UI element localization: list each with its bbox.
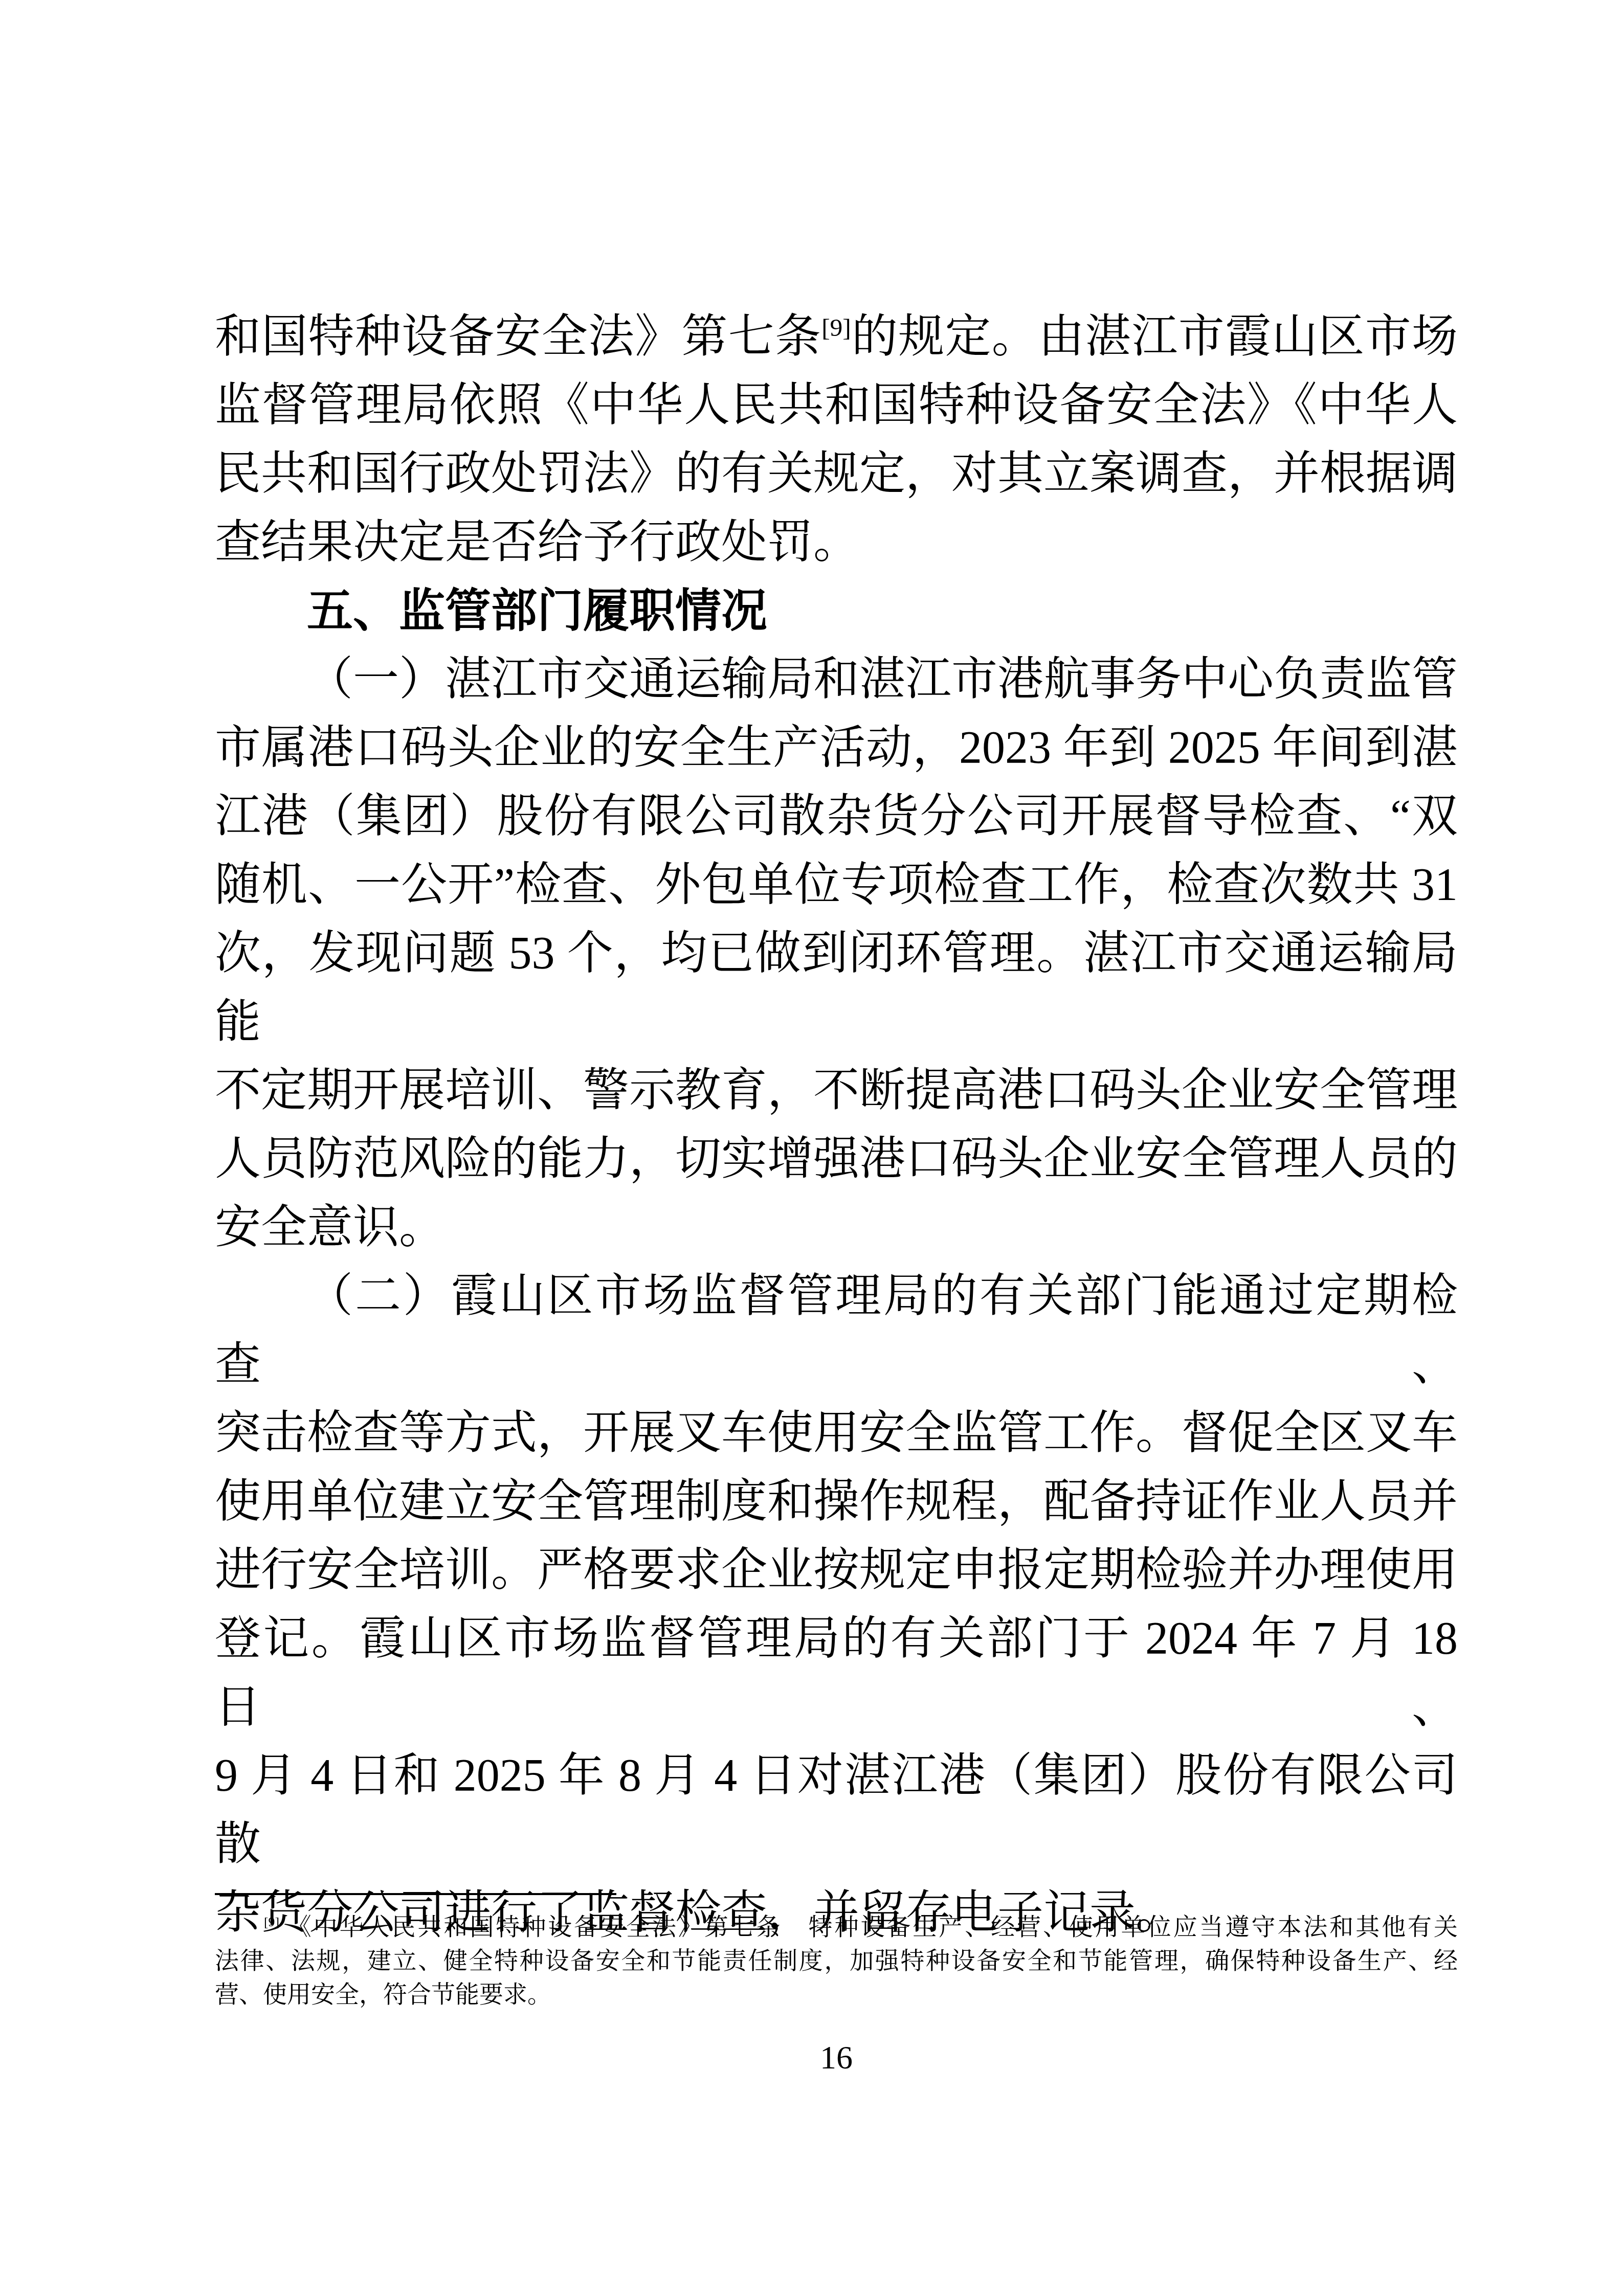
footnote-reference: [9]: [821, 313, 851, 342]
text-run: 进行安全培训。严格要求企业按规定申报定期检验并办理使用: [215, 1545, 1458, 1595]
text-run: 营、使用安全，符合节能要求。: [215, 1982, 551, 2008]
text-line: 随机、一公开”检查、外包单位专项检查工作，检查次数共 31: [215, 851, 1458, 919]
text-run: 不定期开展培训、警示教育，不断提高港口码头企业安全管理: [215, 1065, 1458, 1116]
text-line: 市属港口码头企业的安全生产活动，2023 年到 2025 年间到湛: [215, 714, 1458, 782]
footnote-separator: [215, 1893, 616, 1895]
text-run: 人员防范风险的能力，切实增强港口码头企业安全管理人员的: [215, 1134, 1458, 1184]
text-run: 五、监管部门履职情况: [307, 586, 767, 637]
text-line: 江港（集团）股份有限公司散杂货分公司开展督导检查、“双: [215, 782, 1458, 851]
text-line: 进行安全培训。严格要求企业按规定申报定期检验并办理使用: [215, 1536, 1458, 1605]
text-line: 人员防范风险的能力，切实增强港口码头企业安全管理人员的: [215, 1125, 1458, 1194]
document-body: 和国特种设备安全法》第七条[9]的规定。由湛江市霞山区市场监督管理局依照《中华人…: [215, 303, 1458, 1947]
text-run: （二）霞山区市场监督管理局的有关部门能通过定期检查、: [215, 1271, 1458, 1390]
text-run: 法律、法规，建立、健全特种设备安全和节能责任制度，加强特种设备安全和节能管理，确…: [215, 1948, 1458, 1974]
page-number: 16: [215, 2039, 1458, 2076]
text-run: 的规定。由湛江市霞山区市场: [851, 311, 1458, 362]
text-run: 突击检查等方式，开展叉车使用安全监管工作。督促全区叉车: [215, 1408, 1458, 1458]
text-run: 次，发现问题 53 个，均已做到闭环管理。湛江市交通运输局能: [215, 928, 1458, 1047]
text-run: 监督管理局依照《中华人民共和国特种设备安全法》《中华人: [215, 380, 1458, 431]
footnote: [9] 《中华人民共和国特种设备安全法》第七条 特种设备生产、经营、使用单位应当…: [215, 1910, 1458, 2012]
text-run: 9 月 4 日和 2025 年 8 月 4 日对湛江港（集团）股份有限公司散: [215, 1750, 1458, 1870]
text-run: 使用单位建立安全管理制度和操作规程，配备持证作业人员并: [215, 1476, 1458, 1527]
footnote-marker: [9]: [264, 1915, 279, 1929]
text-line: 突击检查等方式，开展叉车使用安全监管工作。督促全区叉车: [215, 1399, 1458, 1468]
text-run: 安全意识。: [215, 1202, 445, 1253]
text-run: 民共和国行政处罚法》的有关规定，对其立案调查，并根据调: [215, 448, 1458, 499]
text-line: 不定期开展培训、警示教育，不断提高港口码头企业安全管理: [215, 1056, 1458, 1125]
text-line: （一）湛江市交通运输局和湛江市港航事务中心负责监管: [215, 645, 1458, 714]
footnote-line: 营、使用安全，符合节能要求。: [215, 1978, 1458, 2012]
footnote-line: 法律、法规，建立、健全特种设备安全和节能责任制度，加强特种设备安全和节能管理，确…: [215, 1944, 1458, 1978]
text-line: 登记。霞山区市场监督管理局的有关部门于 2024 年 7 月 18 日、: [215, 1605, 1458, 1742]
text-line: 安全意识。: [215, 1194, 1458, 1262]
text-line: 查结果决定是否给予行政处罚。: [215, 508, 1458, 577]
document-page: 和国特种设备安全法》第七条[9]的规定。由湛江市霞山区市场监督管理局依照《中华人…: [0, 0, 1624, 2296]
body-paragraph: 和国特种设备安全法》第七条[9]的规定。由湛江市霞山区市场监督管理局依照《中华人…: [215, 303, 1458, 577]
text-run: 登记。霞山区市场监督管理局的有关部门于 2024 年 7 月 18 日、: [215, 1613, 1458, 1732]
text-line: 次，发现问题 53 个，均已做到闭环管理。湛江市交通运输局能: [215, 919, 1458, 1056]
text-line: 监督管理局依照《中华人民共和国特种设备安全法》《中华人: [215, 371, 1458, 440]
text-run: 查结果决定是否给予行政处罚。: [215, 517, 859, 568]
text-run: （一）湛江市交通运输局和湛江市港航事务中心负责监管: [307, 654, 1458, 705]
text-line: 和国特种设备安全法》第七条[9]的规定。由湛江市霞山区市场: [215, 303, 1458, 371]
text-line: （二）霞山区市场监督管理局的有关部门能通过定期检查、: [215, 1262, 1458, 1399]
heading-line: 五、监管部门履职情况: [215, 577, 1458, 645]
text-run: 随机、一公开”检查、外包单位专项检查工作，检查次数共 31: [215, 860, 1458, 910]
text-line: 民共和国行政处罚法》的有关规定，对其立案调查，并根据调: [215, 440, 1458, 508]
text-line: 9 月 4 日和 2025 年 8 月 4 日对湛江港（集团）股份有限公司散: [215, 1742, 1458, 1879]
text-run: 《中华人民共和国特种设备安全法》第七条 特种设备生产、经营、使用单位应当遵守本法…: [279, 1914, 1458, 1941]
text-run: 和国特种设备安全法》第七条: [215, 311, 821, 362]
body-paragraph: （一）湛江市交通运输局和湛江市港航事务中心负责监管市属港口码头企业的安全生产活动…: [215, 645, 1458, 1262]
footnote-line: [9] 《中华人民共和国特种设备安全法》第七条 特种设备生产、经营、使用单位应当…: [215, 1910, 1458, 1944]
text-line: 使用单位建立安全管理制度和操作规程，配备持证作业人员并: [215, 1468, 1458, 1536]
text-run: 江港（集团）股份有限公司散杂货分公司开展督导检查、“双: [215, 791, 1458, 842]
body-paragraph: （二）霞山区市场监督管理局的有关部门能通过定期检查、突击检查等方式，开展叉车使用…: [215, 1262, 1458, 1947]
text-run: 市属港口码头企业的安全生产活动，2023 年到 2025 年间到湛: [215, 723, 1458, 773]
section-heading: 五、监管部门履职情况: [215, 577, 1458, 645]
